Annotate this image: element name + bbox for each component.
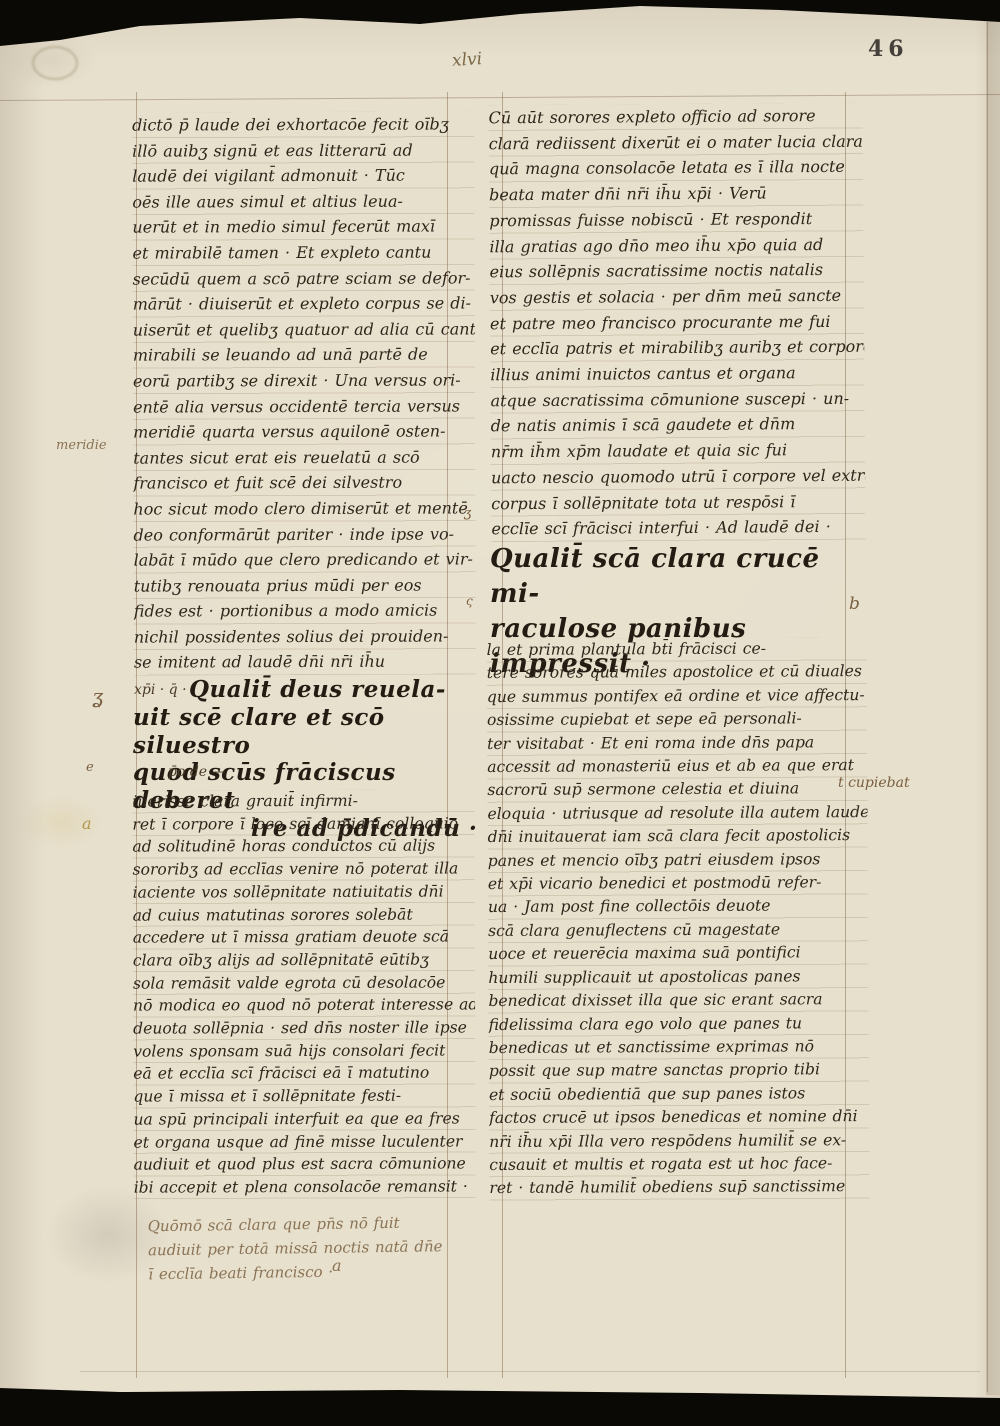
- folio-header-roman: xlvi: [451, 49, 482, 71]
- text-line: nō modica eo quod nō poterat interesse a…: [133, 994, 475, 1018]
- addition-note: Quōmō scā clara que pn̄s nō fuitaudiuit …: [148, 1210, 481, 1287]
- text-line: cusauit et multis et rogata est ut hoc f…: [489, 1152, 869, 1177]
- text-line: ter visitabat · Et eni roma inde dn̄s pa…: [487, 731, 867, 756]
- text-line: uiserūt et quelibʒ quatuor ad alia cū ca…: [133, 316, 475, 343]
- text-line: entē alia versus occidentē tercia versus: [133, 393, 475, 420]
- text-line: illō auibʒ signū et eas litterarū ad: [132, 137, 474, 164]
- text-line: eā et ecclīa scī frācisci eā ī matutino: [133, 1062, 475, 1086]
- left-column-upper-text: dictō p̄ laude dei exhortacōe fecit oībʒ…: [132, 111, 476, 675]
- text-line: de natis animis ī scā gaudete et dn̄m: [491, 411, 865, 439]
- text-line: iaciente vos sollēpnitate natiuitatis dn…: [133, 880, 475, 904]
- heading-line: Qualit̄ deus reuela-: [133, 676, 481, 704]
- text-line: benedicas ut et sanctissime exprimas nō: [489, 1035, 869, 1060]
- text-line: sola remāsit valde egrota cū desolacōe: [133, 971, 475, 995]
- gutter-pen-mark: ʒ: [464, 506, 471, 521]
- text-line: secūdū quem a scō patre sciam se defor-: [133, 265, 475, 292]
- text-line: se imitent ad laudē dn̄i nr̄i ih̄u: [134, 649, 476, 676]
- text-line: illius animi inuictos cantus et organa: [490, 360, 864, 388]
- margin-note-right: t cupiebat: [838, 775, 910, 791]
- text-line: fides est · portionibus a modo amicis: [134, 598, 476, 625]
- text-line: uoce et reuerēcia maxima suā pontifici: [488, 941, 868, 966]
- text-line: promissas fuisse nobiscū · Et respondit: [489, 206, 863, 234]
- text-line: eorū partibʒ se direxit · Una versus ori…: [133, 367, 475, 394]
- text-line: audiuit et quod plus est sacra cōmunione: [134, 1153, 476, 1177]
- ruling-line-horizontal-top: [0, 94, 1000, 101]
- text-line: beata mater dn̄i nr̄i ih̄u xp̄i · Verū: [489, 180, 863, 208]
- heading-lead-bottom: p̄o de —: [168, 764, 226, 780]
- text-line: iuerisse clara grauit̄ infirmi-: [132, 789, 474, 813]
- text-line: hoc sicut modo clero dimiserūt et mentē: [133, 495, 475, 522]
- paraph-mark: ʓ: [92, 684, 103, 708]
- text-line: clara oībʒ alijs ad sollēpnitatē eūtibʒ: [133, 948, 475, 972]
- text-line: ret · tandē humilit̄ obediens sup̄ sanct…: [489, 1175, 869, 1200]
- addition-note-line: ī ecclīa beati francisco ·: [148, 1258, 480, 1287]
- text-line: deo conformārūt pariter · inde ipse vo-: [133, 521, 475, 548]
- text-line: deuota sollēpnia · sed dn̄s noster ille …: [133, 1016, 475, 1040]
- text-line: ua · Jam post fine collectōis deuote: [488, 894, 868, 919]
- text-line: sacrorū sup̄ sermone celestia et diuina: [487, 777, 867, 802]
- heading-line: uit scē clare et scō siluestro: [133, 704, 481, 760]
- text-line: humili supplicauit ut apostolicas panes: [488, 965, 868, 990]
- text-line: et ecclīa patris et mirabilibʒ auribʒ et…: [490, 334, 864, 362]
- manuscript-photo: xlvi 46 dictō p̄ laude dei exhortacōe fe…: [0, 0, 1000, 1426]
- text-line: et patre meo francisco procurante me fui: [490, 308, 864, 336]
- text-line: nichil possidentes solius dei prouiden-: [134, 623, 476, 650]
- text-line: ua spū principali interfuit ea que ea fr…: [133, 1107, 475, 1131]
- text-line: clarā rediissent dixerūt ei o mater luci…: [489, 128, 863, 156]
- text-line: meridiē quarta versus aquilonē osten-: [133, 419, 475, 446]
- text-line: et sociū obedientiā que sup panes istos: [489, 1082, 869, 1107]
- gutter-pen-mark: ς: [466, 594, 473, 608]
- addition-note-line: audiuit per totā missā noctis natā dn̄e: [148, 1234, 480, 1263]
- text-line: corpus ī sollēpnitate tota ut respōsi ī: [491, 488, 865, 516]
- text-line: ret ī corpore ī loco scī damianī colloqu…: [132, 812, 474, 836]
- text-line: dn̄i inuitauerat iam scā clara fecit apo…: [488, 824, 868, 849]
- ruling-line-horizontal-bottom: [80, 1371, 980, 1372]
- text-line: et xp̄i vicario benedici et postmodū ref…: [488, 871, 868, 896]
- text-line: volens sponsam suā hijs consolari fecit: [133, 1039, 475, 1063]
- text-line: que ī missa et ī sollēpnitate festi-: [133, 1085, 475, 1109]
- text-line: eius sollēpnis sacratissime noctis natal…: [490, 257, 864, 285]
- right-column-lower-text: la et prima plantula bt̄i frācisci ce-te…: [487, 637, 870, 1201]
- text-line: ibi accepit et plena consolacōe remansit…: [134, 1175, 476, 1199]
- text-line: et organa usque ad finē misse luculenter: [133, 1130, 475, 1154]
- right-column-upper-text: Cū aūt sorores expleto officio ad sorore…: [488, 103, 865, 543]
- margin-note-left: meridie: [56, 438, 107, 453]
- parchment-page: xlvi 46 dictō p̄ laude dei exhortacōe fe…: [0, 0, 1000, 1426]
- text-line: Cū aūt sorores expleto officio ad sorore: [488, 103, 862, 131]
- text-line: uacto nescio quomodo utrū ī corpore vel …: [491, 463, 865, 491]
- text-line: sororibʒ ad ecclīas venire nō poterat il…: [133, 858, 475, 882]
- text-line: nr̄m ih̄m xp̄m laudate et quia sic fui: [491, 437, 865, 465]
- text-line: francisco et fuit scē dei silvestro: [133, 470, 475, 497]
- text-line: tantes sicut erat eis reuelatū a scō: [133, 444, 475, 471]
- text-line: accessit ad monasteriū eius et ab ea que…: [487, 754, 867, 779]
- text-line: laudē dei vigilant̄ admonuit · Tūc: [132, 163, 474, 190]
- blind-stamp: [32, 46, 78, 80]
- text-line: uerūt et in medio simul fecerūt maxī: [132, 214, 474, 241]
- text-line: ad cuius matutinas sorores solebāt: [133, 903, 475, 927]
- text-line: scā clara genuflectens cū magestate: [488, 918, 868, 943]
- text-line: la et prima plantula bt̄i frācisci ce-: [487, 637, 867, 662]
- text-line: fidelissima clara ego volo que panes tu: [488, 1012, 868, 1037]
- page-number-print: 46: [868, 36, 909, 62]
- text-line: et mirabilē tamen · Et expleto cantu: [132, 239, 474, 266]
- text-line: vos gestis et solacia · per dn̄m meū san…: [490, 283, 864, 311]
- text-line: ecclīe scī frācisci interfui · Ad laudē …: [491, 514, 865, 542]
- text-line: que summus pontifex eā ordine et vice af…: [487, 684, 867, 709]
- text-line: nr̄i ih̄u xp̄i Illa vero respōdens humil…: [489, 1129, 869, 1154]
- text-line: illa gratias ago dn̄o meo ih̄u xp̄o quia…: [489, 231, 863, 259]
- text-line: tere sorores quā miles apostolice et cū …: [487, 660, 867, 685]
- margin-letter-e: e: [86, 760, 94, 775]
- text-line: benedicat dixisset illa que sic erant sa…: [488, 988, 868, 1013]
- margin-letter-a: a: [82, 814, 92, 833]
- text-line: oēs ille aues simul et altius leua-: [132, 188, 474, 215]
- addition-flourish-mark: a: [332, 1256, 342, 1275]
- margin-letter-b: b: [849, 594, 860, 614]
- left-column-lower-text: iuerisse clara grauit̄ infirmi-ret ī cor…: [132, 789, 475, 1199]
- text-line: quā magna consolacōe letata es ī illa no…: [489, 154, 863, 182]
- text-line: mirabili se leuando ad unā partē de: [133, 342, 475, 369]
- text-line: accedere ut ī missa gratiam deuote scā: [133, 926, 475, 950]
- text-line: mārūt · diuiserūt et expleto corpus se d…: [133, 291, 475, 318]
- text-line: atque sacratissima cōmunione suscepi · u…: [490, 385, 864, 413]
- heading-line: Qualit̄ scā clara crucē mi-: [490, 542, 874, 612]
- text-line: tutibʒ renouata prius mūdi per eos: [134, 572, 476, 599]
- heading-subscript-line: quidē clare deuotissimos deus discipu-: [0, 0, 360, 16]
- text-line: labāt ī mūdo que clero predicando et vir…: [134, 546, 476, 573]
- text-line: possit que sup matre sanctas proprio tib…: [489, 1058, 869, 1083]
- text-line: panes et mencio oībʒ patri eiusdem ipsos: [488, 848, 868, 873]
- text-line: osissime cupiebat et sepe eā personali-: [487, 707, 867, 732]
- text-line: eloquia · utriusque ad resolute illa aut…: [487, 801, 867, 826]
- text-line: factos crucē ut ipsos benedicas et nomin…: [489, 1105, 869, 1130]
- page-edge-shadow: [986, 20, 1000, 1395]
- text-line: dictō p̄ laude dei exhortacōe fecit oībʒ: [132, 111, 474, 138]
- text-line: ad solitudinē horas conductos cū alijs: [132, 835, 474, 859]
